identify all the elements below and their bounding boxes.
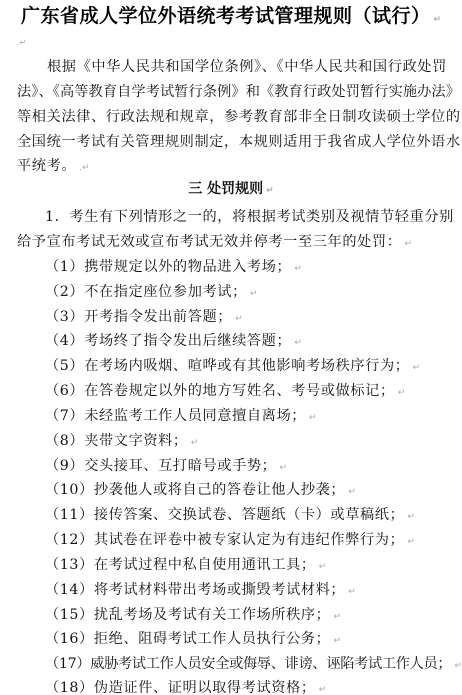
list-item-text: （9）交头接耳、互打暗号或手势； bbox=[45, 458, 276, 474]
paragraph-mark-icon: ↵ bbox=[250, 289, 258, 299]
section-heading: 三 处罚规则↵ bbox=[0, 180, 462, 200]
list-item-14: （14）将考试材料带出考场或撕毁考试材料；↵ bbox=[45, 581, 356, 601]
paragraph-mark-icon: ↵ bbox=[294, 338, 302, 348]
list-item-2: （2）不在指定座位参加考试；↵ bbox=[45, 283, 257, 303]
list-item-text: （6）在答卷规定以外的地方写姓名、考号或做标记； bbox=[45, 383, 395, 399]
paragraph-mark-icon: ↵ bbox=[348, 587, 356, 597]
paragraph-mark-icon: ↵ bbox=[333, 612, 341, 622]
list-item-text: （10）抄袭他人或将自己的答卷让他人抄袭； bbox=[45, 482, 345, 498]
intro-line-3: 等相关法律、行政法规和规章，参考教育部非全日制攻读硕士学位的 bbox=[17, 108, 461, 126]
list-item-text: （15）扰乱考场及考试有关工作场所秩序； bbox=[45, 607, 330, 623]
intro-line-1: 根据《中华人民共和国学位条例》、《中华人民共和国行政处罚 bbox=[47, 58, 447, 76]
paragraph-mark-icon: ↵ bbox=[191, 438, 199, 448]
list-item-text: （16）拒绝、阻碍考试工作人员执行公务； bbox=[45, 631, 330, 647]
list-item-17: （17）威胁考试工作人员安全或侮辱、诽谤、诬陷考试工作人员；↵ bbox=[45, 655, 462, 675]
paragraph-mark-icon: ↵ bbox=[279, 463, 287, 473]
paragraph-mark-icon: ↵ bbox=[407, 512, 415, 522]
list-item-3: （3）开考指令发出前答题；↵ bbox=[45, 308, 243, 328]
list-item-8: （8）夹带文字资料；↵ bbox=[45, 432, 198, 452]
list-item-4: （4）考场终了指令发出后继续答题；↵ bbox=[45, 332, 302, 352]
list-item-9: （9）交头接耳、互打暗号或手势；↵ bbox=[45, 457, 287, 477]
list-item-1: （1）携带规定以外的物品进入考场；↵ bbox=[45, 258, 302, 278]
list-item-text: （7）未经监考工作人员同意擅自离场； bbox=[45, 408, 306, 424]
paragraph-mark-icon: ↵ bbox=[319, 562, 327, 572]
paragraph-mark-icon: ↵ bbox=[333, 636, 341, 646]
intro-line-5: 平统考。.↵ bbox=[17, 157, 90, 177]
list-item-5: （5）在考场内吸烟、喧哗或有其他影响考场秩序行为；↵ bbox=[45, 357, 420, 377]
list-item-text: （11）接传答案、交换试卷、答题纸（卡）或草稿纸； bbox=[45, 507, 404, 523]
paragraph-mark-icon: ↵ bbox=[266, 186, 274, 196]
section-heading-text: 三 处罚规则 bbox=[188, 181, 263, 197]
paragraph-mark-icon: ↵ bbox=[309, 413, 317, 423]
empty-paragraph-mark-icon: .↵ bbox=[17, 38, 26, 47]
list-item-6: （6）在答卷规定以外的地方写姓名、考号或做标记；↵ bbox=[45, 382, 405, 402]
list-item-text: （2）不在指定座位参加考试； bbox=[45, 284, 247, 300]
list-item-10: （10）抄袭他人或将自己的答卷让他人抄袭；↵ bbox=[45, 481, 356, 501]
list-item-text: （13）在考试过程中私自使用通讯工具； bbox=[45, 557, 316, 573]
list-item-11: （11）接传答案、交换试卷、答题纸（卡）或草稿纸；↵ bbox=[45, 506, 415, 526]
list-item-16: （16）拒绝、阻碍考试工作人员执行公务；↵ bbox=[45, 630, 341, 650]
list-item-text: （3）开考指令发出前答题； bbox=[45, 309, 232, 325]
document-title: 广东省成人学位外语统考考试管理规则（试行）↵ bbox=[0, 4, 462, 32]
paragraph-mark-icon: ↵ bbox=[404, 239, 412, 249]
list-item-18: （18）伪造证件、证明以取得考试资格；↵ bbox=[45, 679, 326, 695]
rule-1-line-2-text: 给予宣布考试无效或宣布考试无效并停考一至三年的处罚： bbox=[17, 234, 401, 250]
list-item-text: （5）在考场内吸烟、喧哗或有其他影响考场秩序行为； bbox=[45, 358, 410, 374]
paragraph-mark-icon: ↵ bbox=[433, 15, 441, 25]
document-page: 广东省成人学位外语统考考试管理规则（试行）↵ .↵ 根据《中华人民共和国学位条例… bbox=[0, 0, 462, 695]
title-text: 广东省成人学位外语统考考试管理规则（试行） bbox=[21, 5, 431, 27]
intro-line-2: 法》、《高等教育自学考试暂行条例》和《教育行政处罚暂行实施办法》 bbox=[17, 83, 460, 101]
list-item-text: （12）其试卷在评卷中被专家认定为有违纪作弊行为； bbox=[45, 532, 404, 548]
list-item-13: （13）在考试过程中私自使用通讯工具；↵ bbox=[45, 556, 326, 576]
list-item-15: （15）扰乱考场及考试有关工作场所秩序；↵ bbox=[45, 606, 341, 626]
intro-line-5-text: 平统考。 bbox=[17, 158, 76, 174]
list-item-text: （1）携带规定以外的物品进入考场； bbox=[45, 259, 291, 275]
rule-1-line-1: 1．考生有下列情形之一的，将根据考试类别及视情节轻重分别 bbox=[45, 208, 454, 226]
list-item-text: （4）考场终了指令发出后继续答题； bbox=[45, 333, 291, 349]
rule-1-line-2: 给予宣布考试无效或宣布考试无效并停考一至三年的处罚：↵ bbox=[17, 233, 412, 253]
paragraph-mark-icon: ↵ bbox=[319, 685, 327, 695]
paragraph-mark-icon: ↵ bbox=[454, 661, 462, 671]
list-item-12: （12）其试卷在评卷中被专家认定为有违纪作弊行为；↵ bbox=[45, 531, 415, 551]
list-item-text: （14）将考试材料带出考场或撕毁考试材料； bbox=[45, 582, 345, 598]
list-item-text: （18）伪造证件、证明以取得考试资格； bbox=[45, 680, 316, 695]
list-item-text: （17）威胁考试工作人员安全或侮辱、诽谤、诬陷考试工作人员； bbox=[45, 656, 451, 672]
paragraph-mark-icon: .↵ bbox=[79, 163, 89, 173]
paragraph-mark-icon: ↵ bbox=[407, 537, 415, 547]
paragraph-mark-icon: ↵ bbox=[413, 363, 421, 373]
intro-line-4: 全国统一考试有关管理规则制定，本规则适用于我省成人学位外语水 bbox=[17, 133, 461, 151]
list-item-text: （8）夹带文字资料； bbox=[45, 433, 188, 449]
paragraph-mark-icon: ↵ bbox=[398, 388, 406, 398]
paragraph-mark-icon: ↵ bbox=[294, 264, 302, 274]
paragraph-mark-icon: ↵ bbox=[348, 487, 356, 497]
list-item-7: （7）未经监考工作人员同意擅自离场；↵ bbox=[45, 407, 317, 427]
paragraph-mark-icon: ↵ bbox=[235, 314, 243, 324]
